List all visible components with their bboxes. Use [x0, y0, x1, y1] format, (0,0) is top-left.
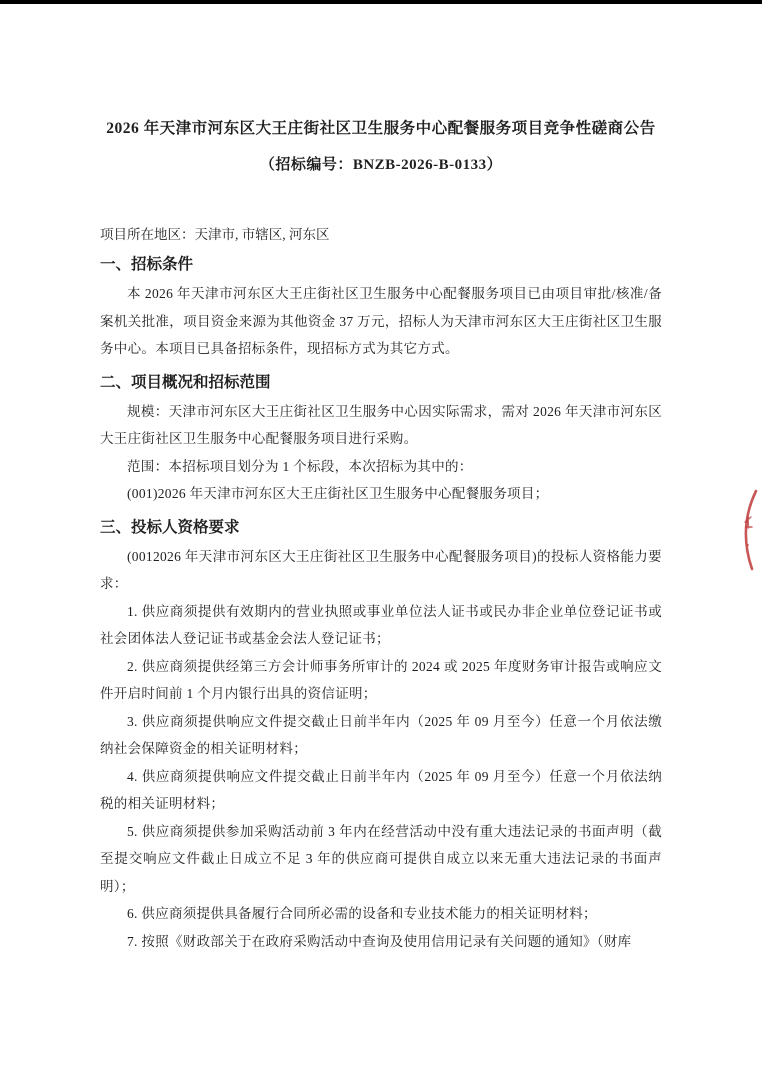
section-heading-2: 二、项目概况和招标范围: [100, 372, 662, 394]
qualification-item-7: 7. 按照《财政部关于在政府采购活动中查询及使用信用记录有关问题的通知》（财库: [100, 928, 662, 956]
tender-number-line: （招标编号：BNZB-2026-B-0133）: [100, 153, 662, 177]
section-project-overview: 二、项目概况和招标范围 规模：天津市河东区大王庄街社区卫生服务中心因实际需求，需…: [100, 372, 662, 508]
document-page: 2026 年天津市河东区大王庄街社区卫生服务中心配餐服务项目竞争性磋商公告 （招…: [0, 0, 762, 955]
section-heading-1: 一、招标条件: [100, 254, 662, 276]
section-heading-3: 三、投标人资格要求: [100, 517, 662, 539]
paragraph: 本 2026 年天津市河东区大王庄街社区卫生服务中心配餐服务项目已由项目审批/核…: [100, 280, 662, 363]
paragraph: 范围：本招标项目划分为 1 个标段，本次招标为其中的：: [100, 453, 662, 481]
qualification-item-3: 3. 供应商须提供响应文件提交截止日前半年内（2025 年 09 月至今）任意一…: [100, 708, 662, 763]
qualification-item-4: 4. 供应商须提供响应文件提交截止日前半年内（2025 年 09 月至今）任意一…: [100, 763, 662, 818]
qualification-item-1: 1. 供应商须提供有效期内的营业执照或事业单位法人证书或民办非企业单位登记证书或…: [100, 598, 662, 653]
paragraph: (0012026 年天津市河东区大王庄街社区卫生服务中心配餐服务项目)的投标人资…: [100, 543, 662, 598]
section-bidder-qualifications: 三、投标人资格要求 (0012026 年天津市河东区大王庄街社区卫生服务中心配餐…: [100, 517, 662, 956]
document-title: 2026 年天津市河东区大王庄街社区卫生服务中心配餐服务项目竞争性磋商公告: [100, 116, 662, 142]
paragraph: (001)2026 年天津市河东区大王庄街社区卫生服务中心配餐服务项目；: [100, 480, 662, 508]
qualification-item-2: 2. 供应商须提供经第三方会计师事务所审计的 2024 或 2025 年度财务审…: [100, 653, 662, 708]
qualification-item-5: 5. 供应商须提供参加采购活动前 3 年内在经营活动中没有重大违法记录的书面声明…: [100, 818, 662, 901]
qualification-item-6: 6. 供应商须提供具备履行合同所必需的设备和专业技术能力的相关证明材料；: [100, 900, 662, 928]
paragraph: 规模：天津市河东区大王庄街社区卫生服务中心因实际需求，需对 2026 年天津市河…: [100, 398, 662, 453]
project-location-line: 项目所在地区：天津市, 市辖区, 河东区: [100, 225, 662, 245]
section-tender-conditions: 一、招标条件 本 2026 年天津市河东区大王庄街社区卫生服务中心配餐服务项目已…: [100, 254, 662, 363]
